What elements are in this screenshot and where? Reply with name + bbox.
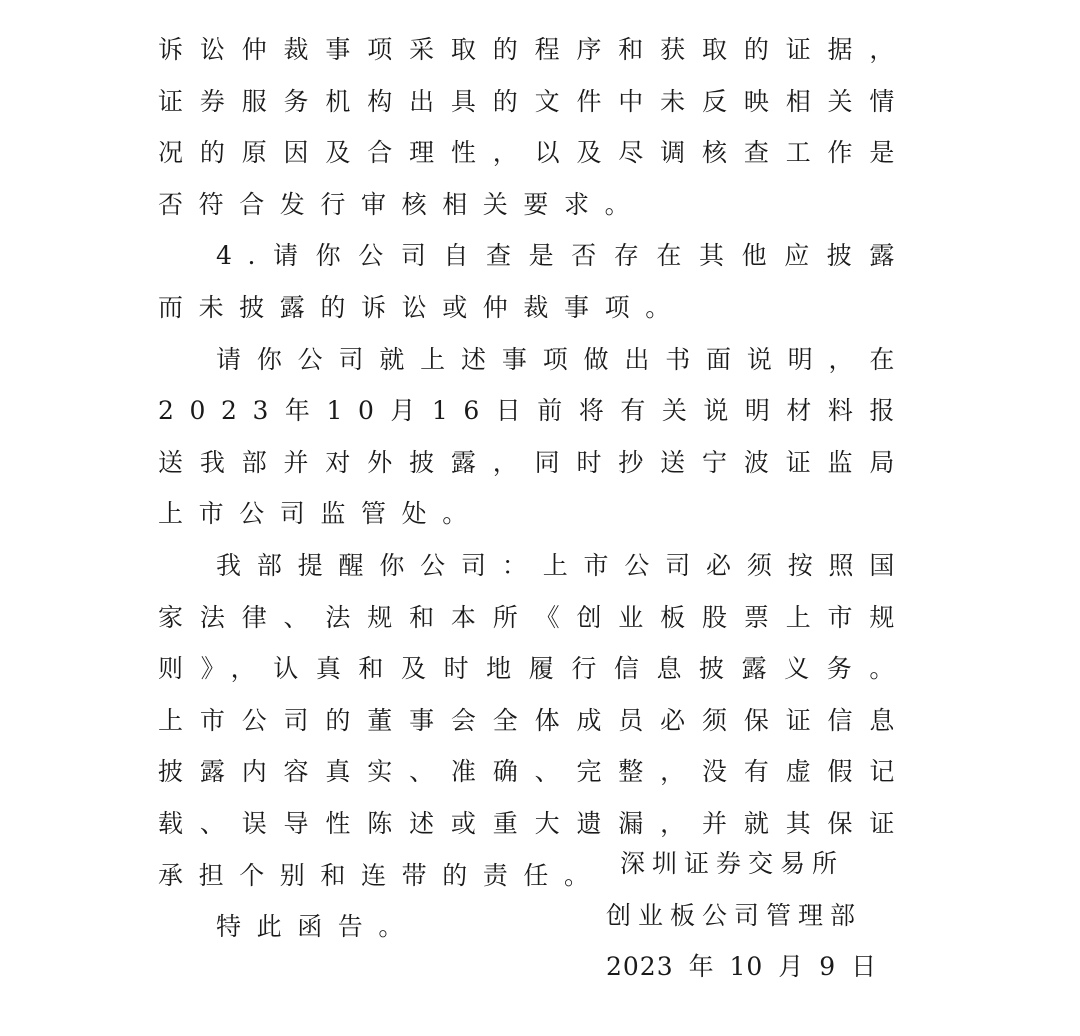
signature-department: 创业板公司管理部	[600, 890, 860, 942]
signature-organization: 深圳证券交易所	[600, 838, 860, 890]
letter-body: 诉讼仲裁事项采取的程序和获取的证据，证券服务机构出具的文件中未反映相关情况的原因…	[158, 24, 910, 953]
signature-date: 2023 年 10 月 9 日	[600, 941, 860, 993]
paragraph-request: 请你公司就上述事项做出书面说明，在2023年10月16日前将有关说明材料报送我部…	[158, 334, 910, 540]
paragraph-continuation: 诉讼仲裁事项采取的程序和获取的证据，证券服务机构出具的文件中未反映相关情况的原因…	[158, 24, 910, 230]
signature-block: 深圳证券交易所 创业板公司管理部 2023 年 10 月 9 日	[600, 838, 860, 993]
paragraph-item-4: 4.请你公司自查是否存在其他应披露而未披露的诉讼或仲裁事项。	[158, 230, 910, 333]
